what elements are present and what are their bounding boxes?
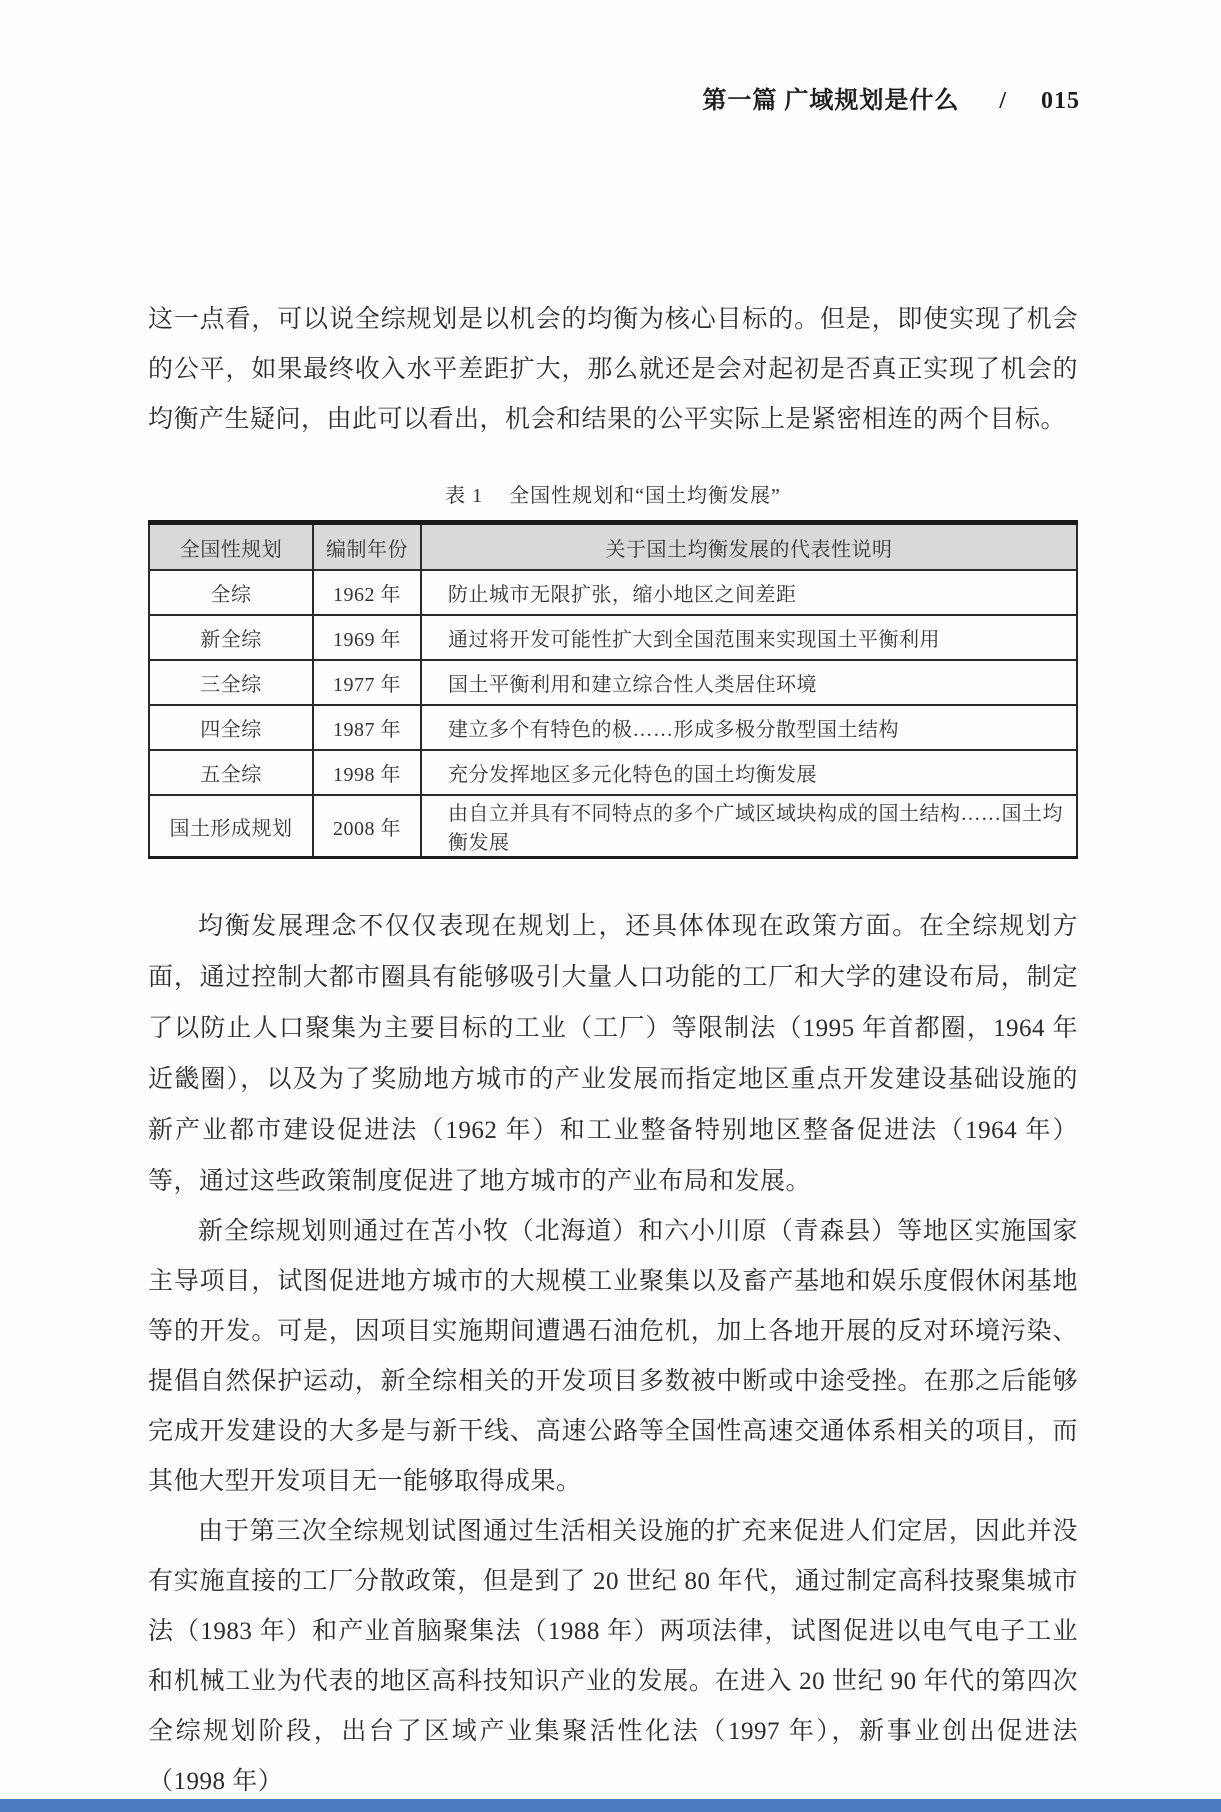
- table-caption-label: 表 1: [445, 485, 483, 507]
- cell-plan: 国土形成规划: [149, 795, 313, 858]
- column-header-plan: 全国性规划: [149, 523, 313, 571]
- page-number: 015: [1041, 88, 1080, 114]
- table-row: 三全综 1977 年 国土平衡利用和建立综合性人类居住环境: [149, 660, 1077, 705]
- table-caption-title: 全国性规划和“国土均衡发展”: [509, 485, 781, 507]
- bottom-strip: [0, 1799, 1221, 1812]
- table-caption: 表 1全国性规划和“国土均衡发展”: [148, 479, 1078, 508]
- cell-description: 通过将开发可能性扩大到全国范围来实现国土平衡利用: [421, 615, 1077, 660]
- table-row: 五全综 1998 年 充分发挥地区多元化特色的国土均衡发展: [149, 750, 1077, 795]
- cell-plan: 五全综: [149, 750, 313, 795]
- book-page: 第一篇 广域规划是什么/015 这一点看，可以说全综规划是以机会的均衡为核心目标…: [0, 0, 1221, 1812]
- cell-year: 1987 年: [313, 705, 421, 750]
- cell-description: 防止城市无限扩张，缩小地区之间差距: [421, 570, 1077, 615]
- paragraph-intro: 这一点看，可以说全综规划是以机会的均衡为核心目标的。但是，即使实现了机会的公平，…: [148, 295, 1078, 445]
- page-content: 这一点看，可以说全综规划是以机会的均衡为核心目标的。但是，即使实现了机会的公平，…: [148, 295, 1078, 1807]
- cell-year: 2008 年: [313, 795, 421, 858]
- cell-year: 1977 年: [313, 660, 421, 705]
- table-row: 四全综 1987 年 建立多个有特色的极……形成多极分散型国土结构: [149, 705, 1077, 750]
- cell-plan: 新全综: [149, 615, 313, 660]
- section-title: 第一篇 广域规划是什么: [702, 88, 959, 114]
- page-header: 第一篇 广域规划是什么/015: [702, 80, 1080, 115]
- cell-year: 1962 年: [313, 570, 421, 615]
- cell-plan: 三全综: [149, 660, 313, 705]
- table-header-row: 全国性规划 编制年份 关于国土均衡发展的代表性说明: [149, 523, 1077, 571]
- cell-plan: 四全综: [149, 705, 313, 750]
- column-header-description: 关于国土均衡发展的代表性说明: [421, 523, 1077, 571]
- cell-plan: 全综: [149, 570, 313, 615]
- paragraph-shinzenso: 新全综规划则通过在苫小牧（北海道）和六小川原（青森县）等地区实施国家主导项目，试…: [148, 1207, 1078, 1507]
- table-row: 全综 1962 年 防止城市无限扩张，缩小地区之间差距: [149, 570, 1077, 615]
- cell-description: 国土平衡利用和建立综合性人类居住环境: [421, 660, 1077, 705]
- cell-description: 充分发挥地区多元化特色的国土均衡发展: [421, 750, 1077, 795]
- header-separator: /: [999, 88, 1007, 115]
- cell-year: 1969 年: [313, 615, 421, 660]
- cell-description: 由自立并具有不同特点的多个广域区域块构成的国土结构……国土均衡发展: [421, 795, 1077, 858]
- table-row: 新全综 1969 年 通过将开发可能性扩大到全国范围来实现国土平衡利用: [149, 615, 1077, 660]
- table-row: 国土形成规划 2008 年 由自立并具有不同特点的多个广域区域块构成的国土结构……: [149, 795, 1077, 858]
- column-header-year: 编制年份: [313, 523, 421, 571]
- cell-year: 1998 年: [313, 750, 421, 795]
- national-plans-table: 全国性规划 编制年份 关于国土均衡发展的代表性说明 全综 1962 年 防止城市…: [148, 520, 1078, 859]
- paragraph-policy: 均衡发展理念不仅仅表现在规划上，还具体体现在政策方面。在全综规划方面，通过控制大…: [148, 901, 1078, 1207]
- paragraph-third-plan: 由于第三次全综规划试图通过生活相关设施的扩充来促进人们定居，因此并没有实施直接的…: [148, 1507, 1078, 1807]
- cell-description: 建立多个有特色的极……形成多极分散型国土结构: [421, 705, 1077, 750]
